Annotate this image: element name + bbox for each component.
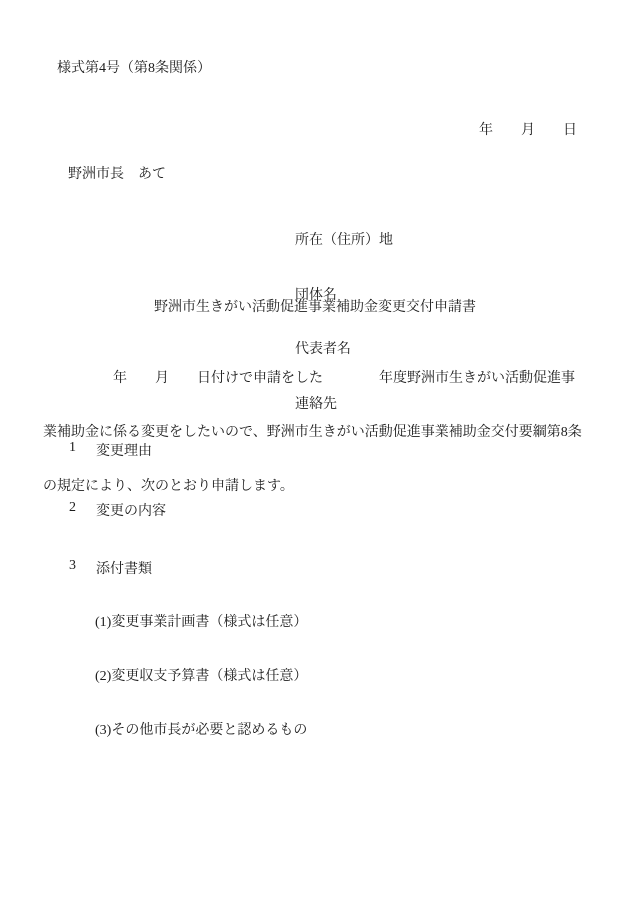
item-2-number: 2 (69, 500, 78, 520)
document-title: 野洲市生きがい活動促進事業補助金変更交付申請書 (0, 296, 630, 316)
attachment-item-2: (2)変更収支予算書（様式は任意） (95, 666, 307, 688)
form-number-label: 様式第4号（第8条関係） (57, 57, 211, 77)
item-change-content: 2 変更の内容 (69, 500, 166, 520)
item-attached-documents: 3 添付書類 (69, 558, 152, 578)
addressee-line: 野洲市長 あて (68, 163, 166, 183)
document-page: 様式第4号（第8条関係） 年 月 日 野洲市長 あて 所在（住所）地 団体名 代… (0, 0, 630, 903)
item-3-label: 添付書類 (96, 558, 152, 578)
date-line: 年 月 日 (479, 119, 577, 139)
item-1-label: 変更理由 (96, 440, 152, 460)
attachment-item-3: (3)その他市長が必要と認めるもの (95, 720, 307, 742)
item-2-label: 変更の内容 (96, 500, 166, 520)
body-line-3: の規定により、次のとおり申請します。 (43, 476, 591, 498)
attachment-item-1: (1)変更事業計画書（様式は任意） (95, 612, 307, 634)
item-1-number: 1 (69, 440, 78, 460)
body-line-1: 年 月 日付けで申請をした 年度野洲市生きがい活動促進事 (43, 368, 591, 390)
item-3-number: 3 (69, 558, 78, 578)
applicant-address-label: 所在（住所）地 (295, 230, 393, 253)
item-change-reason: 1 変更理由 (69, 440, 152, 460)
attachment-sub-list: (1)変更事業計画書（様式は任意） (2)変更収支予算書（様式は任意） (3)そ… (95, 580, 307, 774)
